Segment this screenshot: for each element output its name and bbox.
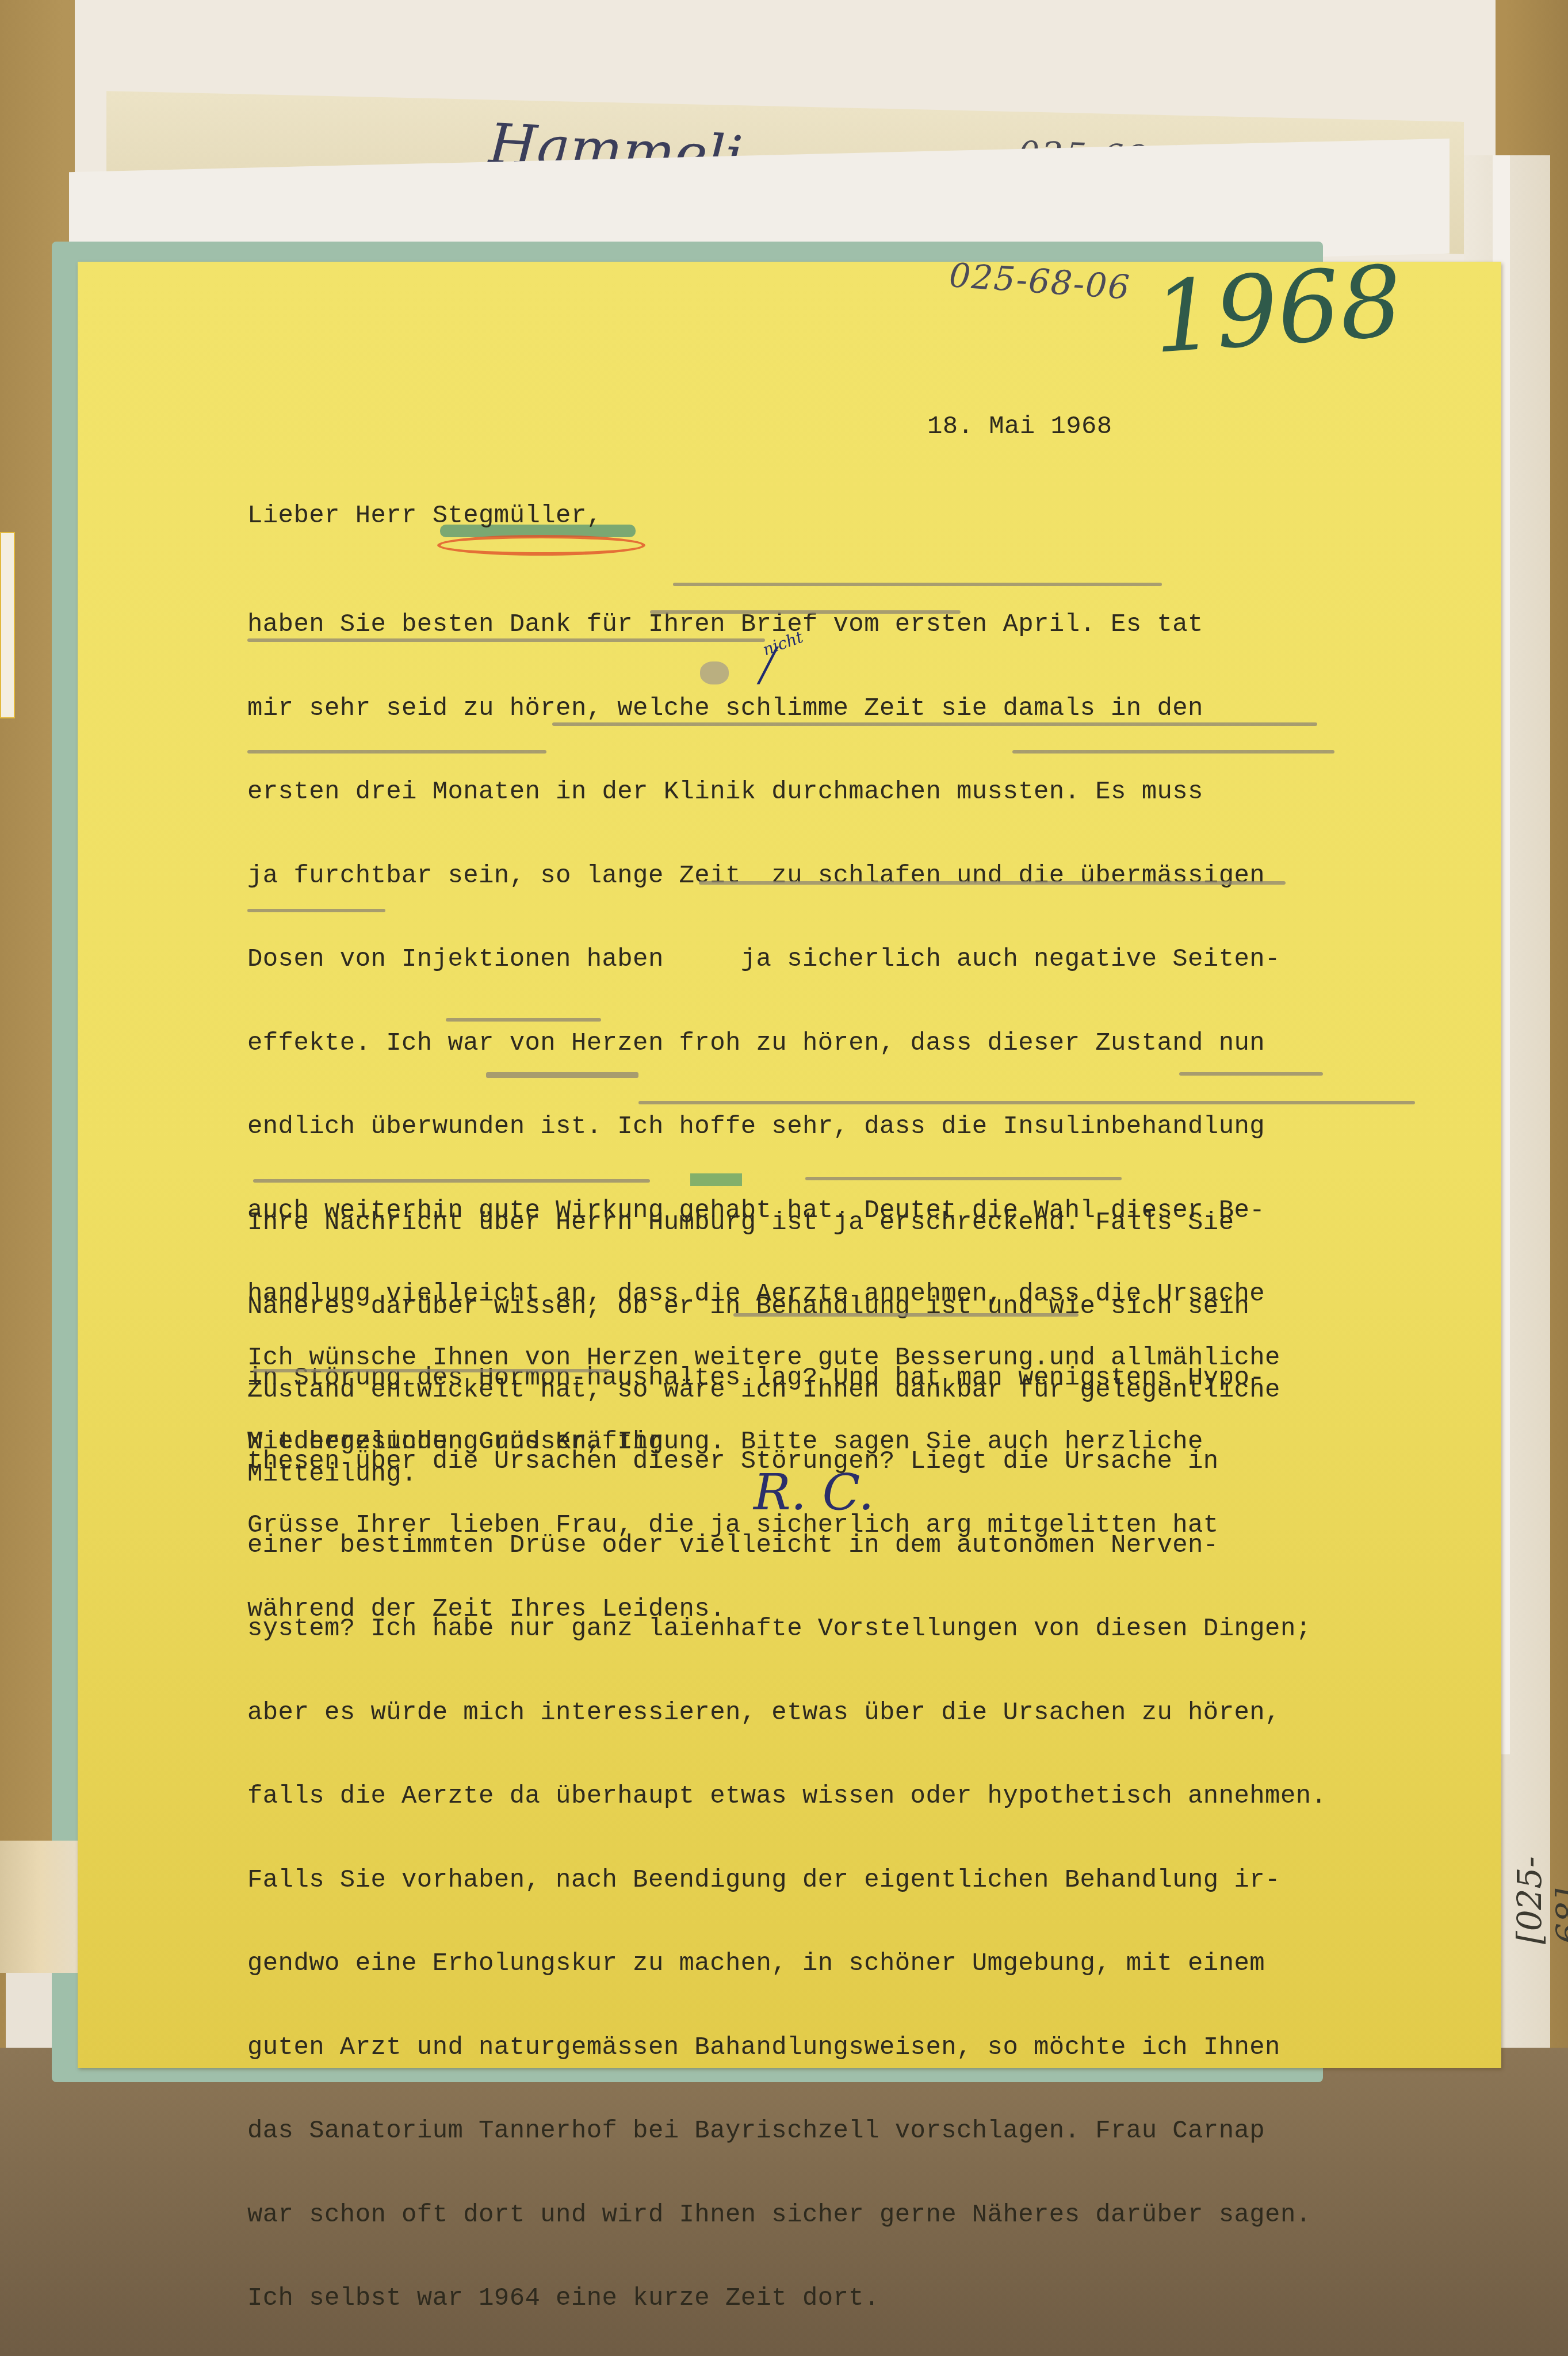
- pencil-underline: [805, 1177, 1122, 1180]
- folder-side-code: [025-68]: [1510, 1856, 1568, 1944]
- text-line: während der Zeit Ihres Leidens.: [247, 1596, 1280, 1624]
- pencil-underline: [253, 1369, 610, 1372]
- pencil-underline: [638, 1101, 1415, 1104]
- closing: Mit herzlichen Grüssen, Ihr: [247, 1428, 664, 1456]
- pencil-underline: [1012, 750, 1334, 754]
- text-line: ersten drei Monaten in der Klinik durchm…: [247, 778, 1326, 806]
- text-line: aber es würde mich interessieren, etwas …: [247, 1699, 1326, 1727]
- text-line: effekte. Ich war von Herzen froh zu höre…: [247, 1030, 1326, 1058]
- pencil-underline: [552, 722, 1317, 726]
- insertion-caret-icon: ╱: [758, 647, 778, 684]
- pencil-underline: [1179, 1072, 1323, 1076]
- text-line: endlich überwunden ist. Ich hoffe sehr, …: [247, 1113, 1326, 1141]
- letter-date: 18. Mai 1968: [927, 413, 1112, 441]
- text-line: falls die Aerzte da überhaupt etwas wiss…: [247, 1783, 1326, 1811]
- salutation: Lieber Herr Stegmüller,: [247, 502, 602, 530]
- pencil-underline: [247, 750, 546, 754]
- text-line: Ich wünsche Ihnen von Herzen weitere gut…: [247, 1344, 1280, 1372]
- left-page-edges: [0, 1841, 81, 1973]
- text-line: ja furchtbar sein, so lange Zeit zu schl…: [247, 862, 1326, 890]
- text-line: Dosen von Injektionen haben ja sicherlic…: [247, 946, 1326, 974]
- pencil-underline: [733, 1313, 1079, 1317]
- text-line: gendwo eine Erholungskur zu machen, in s…: [247, 1950, 1326, 1978]
- text-line: war schon oft dort und wird Ihnen sicher…: [247, 2201, 1326, 2229]
- text-line: Ihre Nachricht über Herrn Humburg ist ja…: [247, 1209, 1280, 1237]
- pencil-underline: [247, 638, 765, 642]
- pencil-underline: [673, 583, 1162, 586]
- pencil-underline: [247, 909, 385, 912]
- year-annotation: 1968: [1150, 244, 1406, 376]
- side-label-strip: [0, 532, 15, 718]
- signature: R. C.: [754, 1464, 874, 1521]
- text-line: Ich selbst war 1964 eine kurze Zeit dort…: [247, 2285, 1326, 2313]
- pencil-underline: [253, 1179, 650, 1183]
- pencil-underline: [699, 881, 1286, 885]
- pencil-underline: [650, 610, 961, 614]
- text-line: Falls Sie vorhaben, nach Beendigung der …: [247, 1867, 1326, 1895]
- pencil-underline: [486, 1072, 638, 1078]
- pencil-underline: [446, 1018, 601, 1022]
- erased-word-smudge: [700, 661, 729, 684]
- text-line: mir sehr seid zu hören, welche schlimme …: [247, 695, 1326, 723]
- red-circle-mark: [437, 535, 645, 556]
- text-line: das Sanatorium Tannerhof bei Bayrischzel…: [247, 2117, 1326, 2145]
- text-line: guten Arzt und naturgemässen Bahandlungs…: [247, 2034, 1326, 2062]
